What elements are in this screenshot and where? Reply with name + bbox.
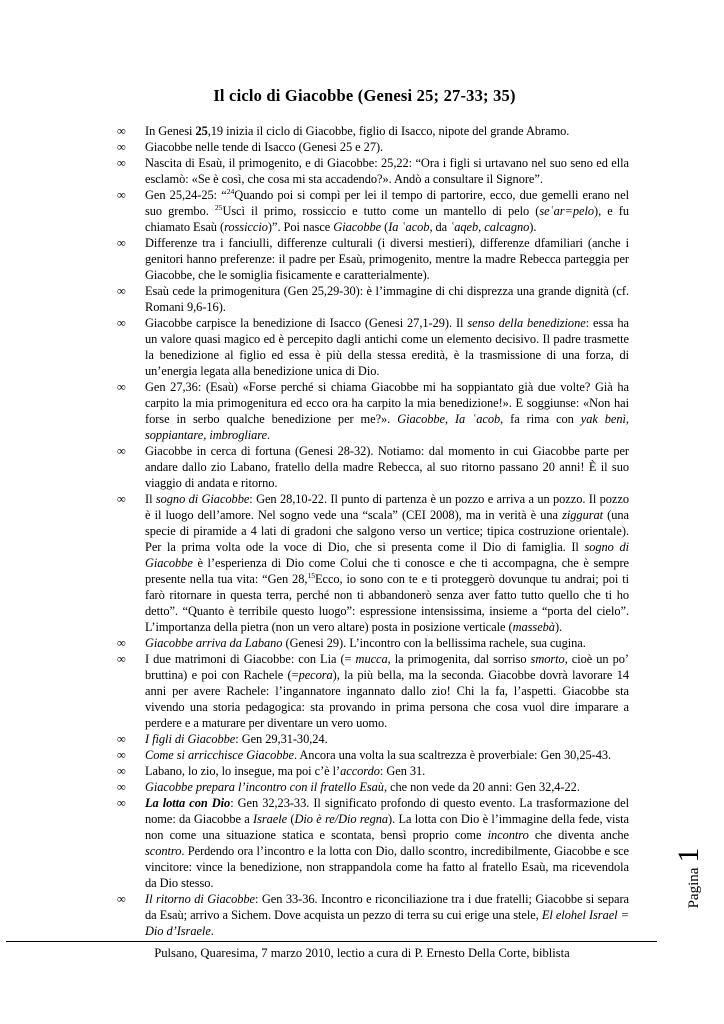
infinity-bullet-icon: ∞ xyxy=(100,139,145,155)
bullet-list: ∞In Genesi 25,19 inizia il ciclo di Giac… xyxy=(100,123,629,939)
bullet-text: Il sogno di Giacobbe: Gen 28,10-22. Il p… xyxy=(145,491,629,635)
bullet-text: Come si arricchisce Giacobbe. Ancora una… xyxy=(145,747,629,763)
list-item: ∞Il sogno di Giacobbe: Gen 28,10-22. Il … xyxy=(100,491,629,635)
infinity-bullet-icon: ∞ xyxy=(100,187,145,203)
infinity-bullet-icon: ∞ xyxy=(100,155,145,171)
infinity-bullet-icon: ∞ xyxy=(100,379,145,395)
list-item: ∞In Genesi 25,19 inizia il ciclo di Giac… xyxy=(100,123,629,139)
list-item: ∞Labano, lo zio, lo insegue, ma poi c’è … xyxy=(100,763,629,779)
bullet-text: La lotta con Dio: Gen 32,23-33. Il signi… xyxy=(145,795,629,891)
list-item: ∞Giacobbe carpisce la benedizione di Isa… xyxy=(100,315,629,379)
page-number-label: Pagina xyxy=(686,868,703,909)
bullet-text: Labano, lo zio, lo insegue, ma poi c’è l… xyxy=(145,763,629,779)
bullet-text: Giacobbe carpisce la benedizione di Isac… xyxy=(145,315,629,379)
bullet-text: I due matrimoni di Giacobbe: con Lia (= … xyxy=(145,651,629,731)
bullet-text: Giacobbe nelle tende di Isacco (Genesi 2… xyxy=(145,139,629,155)
infinity-bullet-icon: ∞ xyxy=(100,635,145,651)
list-item: ∞Differenze tra i fanciulli, differenze … xyxy=(100,235,629,283)
list-item: ∞I figli di Giacobbe: Gen 29,31-30,24. xyxy=(100,731,629,747)
list-item: ∞Come si arricchisce Giacobbe. Ancora un… xyxy=(100,747,629,763)
list-item: ∞I due matrimoni di Giacobbe: con Lia (=… xyxy=(100,651,629,731)
document-page: Il ciclo di Giacobbe (Genesi 25; 27-33; … xyxy=(0,0,724,1024)
list-item: ∞Giacobbe arriva da Labano (Genesi 29). … xyxy=(100,635,629,651)
page-number-value: 1 xyxy=(672,848,706,863)
footer-text: Pulsano, Quaresima, 7 marzo 2010, lectio… xyxy=(0,946,724,961)
bullet-text: Esaù cede la primogenitura (Gen 25,29-30… xyxy=(145,283,629,315)
infinity-bullet-icon: ∞ xyxy=(100,795,145,811)
bullet-text: In Genesi 25,19 inizia il ciclo di Giaco… xyxy=(145,123,629,139)
infinity-bullet-icon: ∞ xyxy=(100,315,145,331)
bullet-text: Giacobbe prepara l’incontro con il frate… xyxy=(145,779,629,795)
bullet-text: Nascita di Esaù, il primogenito, e di Gi… xyxy=(145,155,629,187)
infinity-bullet-icon: ∞ xyxy=(100,443,145,459)
infinity-bullet-icon: ∞ xyxy=(100,891,145,907)
bullet-text: Differenze tra i fanciulli, differenze c… xyxy=(145,235,629,283)
list-item: ∞Giacobbe nelle tende di Isacco (Genesi … xyxy=(100,139,629,155)
infinity-bullet-icon: ∞ xyxy=(100,763,145,779)
infinity-bullet-icon: ∞ xyxy=(100,731,145,747)
page-title: Il ciclo di Giacobbe (Genesi 25; 27-33; … xyxy=(100,86,629,106)
list-item: ∞Giacobbe in cerca di fortuna (Genesi 28… xyxy=(100,443,629,491)
list-item: ∞Esaù cede la primogenitura (Gen 25,29-3… xyxy=(100,283,629,315)
infinity-bullet-icon: ∞ xyxy=(100,747,145,763)
list-item: ∞La lotta con Dio: Gen 32,23-33. Il sign… xyxy=(100,795,629,891)
list-item: ∞Gen 27,36: (Esaù) «Forse perché si chia… xyxy=(100,379,629,443)
list-item: ∞Nascita di Esaù, il primogenito, e di G… xyxy=(100,155,629,187)
list-item: ∞Gen 25,24-25: “24Quando poi si compì pe… xyxy=(100,187,629,235)
infinity-bullet-icon: ∞ xyxy=(100,651,145,667)
infinity-bullet-icon: ∞ xyxy=(100,123,145,139)
bullet-text: I figli di Giacobbe: Gen 29,31-30,24. xyxy=(145,731,629,747)
bullet-text: Giacobbe arriva da Labano (Genesi 29). L… xyxy=(145,635,629,651)
bullet-text: Il ritorno di Giacobbe: Gen 33-36. Incon… xyxy=(145,891,629,939)
bullet-text: Gen 25,24-25: “24Quando poi si compì per… xyxy=(145,187,629,235)
infinity-bullet-icon: ∞ xyxy=(100,235,145,251)
infinity-bullet-icon: ∞ xyxy=(100,283,145,299)
bullet-text: Giacobbe in cerca di fortuna (Genesi 28-… xyxy=(145,443,629,491)
list-item: ∞Il ritorno di Giacobbe: Gen 33-36. Inco… xyxy=(100,891,629,939)
page-number-vertical: Pagina 1 xyxy=(672,828,716,928)
footer-divider xyxy=(6,941,657,942)
infinity-bullet-icon: ∞ xyxy=(100,491,145,507)
list-item: ∞Giacobbe prepara l’incontro con il frat… xyxy=(100,779,629,795)
bullet-text: Gen 27,36: (Esaù) «Forse perché si chiam… xyxy=(145,379,629,443)
infinity-bullet-icon: ∞ xyxy=(100,779,145,795)
